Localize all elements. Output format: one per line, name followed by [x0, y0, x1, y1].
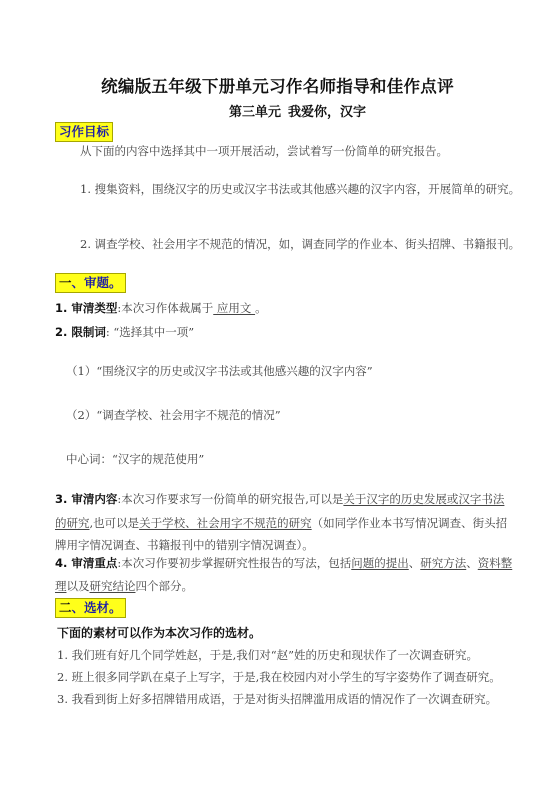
tag-rest: 、选材。	[72, 600, 122, 615]
center-word: 中心词：“汉字的规范使用”	[66, 451, 204, 467]
material-item-1: 1. 我们班有好几个同学姓赵，于是,我们对“赵”姓的历史和现状作了一次调查研究。	[57, 647, 478, 663]
tag-rest: 、审题。	[72, 275, 122, 290]
limit-line: 2. 限制词: “选择其中一项”	[55, 324, 194, 340]
document-title: 统编版五年级下册单元习作名师指导和佳作点评	[0, 73, 555, 97]
section-shenti-tag: 一、审题。	[55, 273, 126, 293]
focus-line-2: 理以及研究结论四个部分。	[55, 578, 193, 594]
content-text-1: :本次习作要求写一份简单的研究报告,可以是	[117, 492, 343, 506]
tag-lead: 一	[59, 275, 72, 290]
type-label: 1. 审清类型	[55, 301, 117, 315]
content-line-3: 牌用字情况调查、书籍报刊中的错别字情况调查）。	[55, 537, 314, 553]
focus-text-1: :本次习作要初步掌握研究性报告的写法，包括	[117, 556, 351, 570]
content-line-1: 3. 审清内容:本次习作要求写一份简单的研究报告,可以是关于汉字的历史发展或汉字…	[55, 491, 504, 507]
focus-underline-3b: 理	[55, 579, 67, 593]
section-xuancai-tag: 二、选材。	[55, 598, 126, 618]
type-end: 。	[255, 301, 267, 315]
focus-text-3: 四个部分。	[136, 579, 194, 593]
type-text: :本次习作体裁属于	[117, 301, 213, 315]
content-underline-1: 关于汉字的历史发展或汉字书法	[343, 492, 504, 506]
unit-theme: 我爱你，汉字	[288, 101, 366, 120]
goal-tag: 习作目标	[55, 122, 113, 142]
focus-text-2: 以及	[67, 579, 90, 593]
goal-item-1: 1. 搜集资料，围绕汉字的历史或汉字书法或其他感兴趣的汉字内容，开展简单的研究。	[80, 181, 520, 197]
focus-underline-4: 研究结论	[90, 579, 136, 593]
material-item-2: 2. 班上很多同学趴在桌子上写字，于是,我在校园内对小学生的写字姿势作了调查研究…	[57, 669, 501, 685]
material-item-3: 3. 我看到街上好多招牌错用成语，于是对街头招牌滥用成语的情况作了一次调查研究。	[57, 691, 497, 707]
content-text-3: （如同学作业本书写情况调查、街头招	[312, 516, 508, 530]
focus-underline-2: 研究方法	[420, 556, 466, 570]
tag-lead: 二	[59, 600, 72, 615]
content-line-2: 的研究,也可以是关于学校、社会用字不规范的研究（如同学作业本书写情况调查、街头招	[55, 515, 507, 531]
goal-item-2: 2. 调查学校、社会用字不规范的情况，如，调查同学的作业本、街头招牌、书籍报刊。	[80, 236, 520, 252]
type-line: 1. 审清类型:本次习作体裁属于 应用文 。	[55, 300, 267, 316]
content-underline-2: 关于学校、社会用字不规范的研究	[139, 516, 312, 530]
focus-underline-3: 资料整	[478, 556, 513, 570]
focus-line-1: 4. 审清重点:本次习作要初步掌握研究性报告的写法，包括问题的提出、研究方法、资…	[55, 555, 512, 571]
limit-text: : “选择其中一项”	[106, 325, 194, 339]
type-answer: 应用文	[213, 301, 255, 315]
goal-intro: 从下面的内容中选择其中一项开展活动，尝试着写一份简单的研究报告。	[80, 143, 448, 159]
limit-option-2: （2）“调查学校、社会用字不规范的情况”	[66, 407, 281, 423]
unit-label: 第三单元	[229, 101, 281, 120]
content-label: 3. 审清内容	[55, 492, 117, 506]
content-text-2: ,也可以是	[90, 516, 140, 530]
content-underline-1b: 的研究	[55, 516, 90, 530]
focus-label: 4. 审清重点	[55, 556, 117, 570]
focus-underline-1: 问题的提出	[351, 556, 409, 570]
limit-label: 2. 限制词	[55, 325, 106, 339]
material-heading: 下面的素材可以作为本次习作的选材。	[57, 624, 261, 641]
focus-sep-2: 、	[466, 556, 478, 570]
limit-option-1: （1）“围绕汉字的历史或汉字书法或其他感兴趣的汉字内容”	[66, 363, 373, 379]
focus-sep-1: 、	[409, 556, 421, 570]
